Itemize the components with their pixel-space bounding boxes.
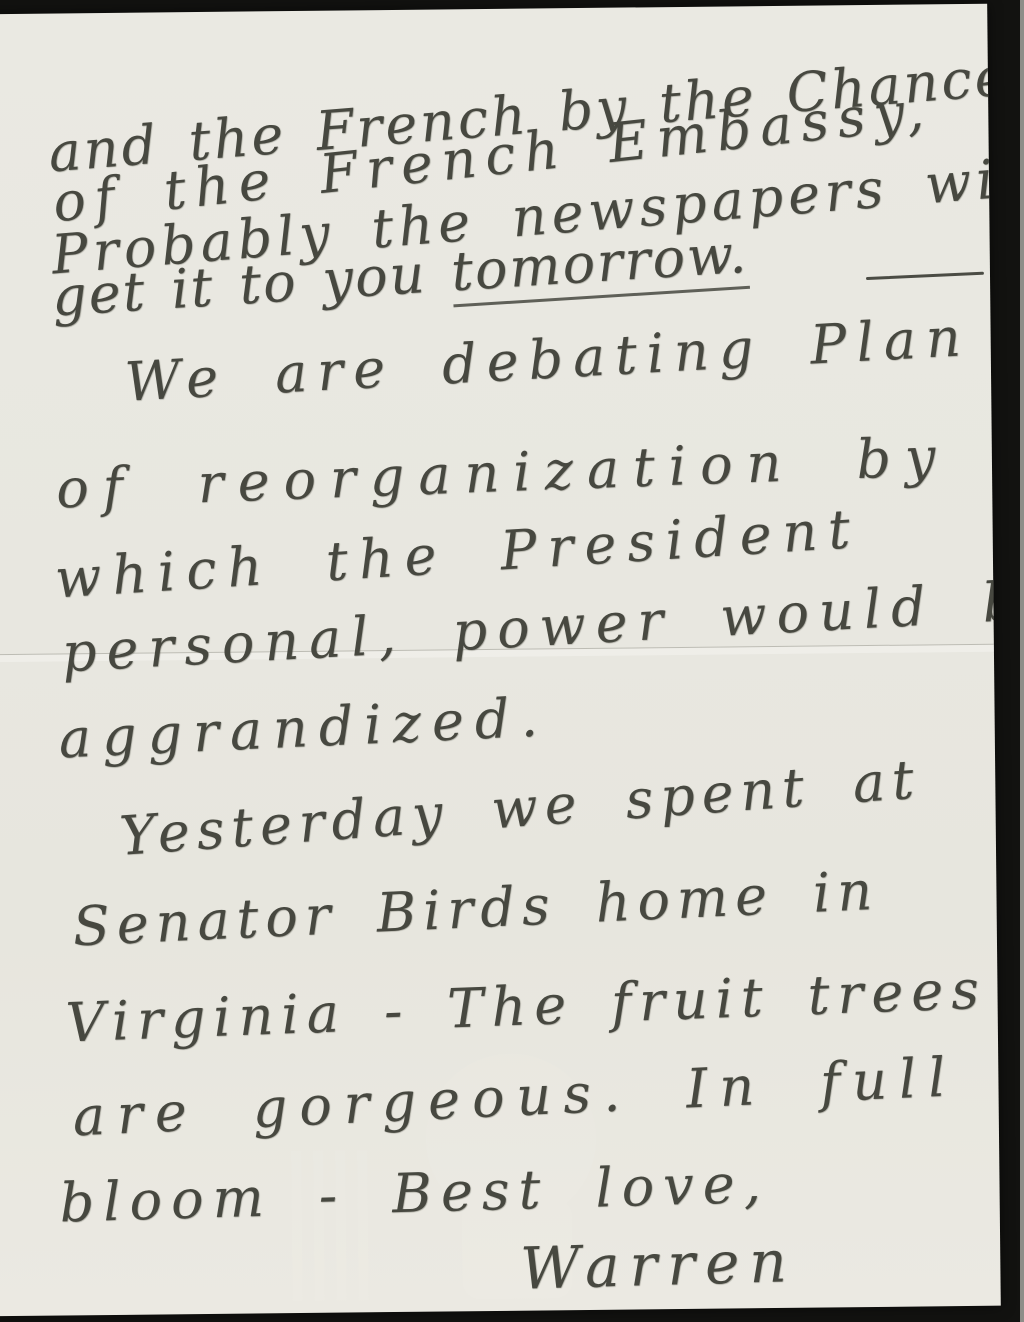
pen-dash	[866, 272, 984, 280]
scanner-background: and the French by the Chancellor of the …	[0, 0, 1024, 1322]
line-text: We are debating Plan	[123, 303, 1000, 414]
line-text: aggrandized.	[57, 685, 549, 770]
handwritten-line: Senator Birds home in	[71, 859, 880, 960]
scan-edge-strip	[1020, 0, 1024, 1322]
handwritten-line: aggrandized.	[57, 685, 549, 771]
line-text: Warren	[519, 1227, 797, 1303]
signature: Warren	[519, 1229, 797, 1301]
line-text: Yesterday we spent at	[118, 748, 923, 868]
line-text: bloom - Best love,	[59, 1152, 771, 1235]
handwritten-line: Yesterday we spent at	[118, 748, 923, 869]
line-text: Senator Birds home in	[71, 859, 880, 959]
handwritten-line: bloom - Best love,	[59, 1152, 771, 1236]
letter-page: and the French by the Chancellor of the …	[0, 4, 1001, 1316]
